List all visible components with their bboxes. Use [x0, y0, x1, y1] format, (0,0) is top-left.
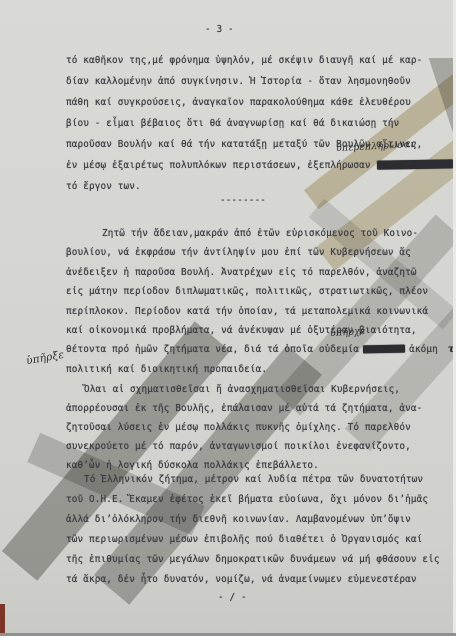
paragraph: Ὅλαι αἱ σχηματισθεῖσαι ἤ ἀνασχηματισθεῖσ…: [66, 380, 422, 475]
typed-line: Ζητῶ τήν ἄδειαν,μακράν ἀπό ἐτῶν εὑρισκόμ…: [66, 224, 456, 243]
typed-line: θέτοντα πρό ἡμῶν ζητήματα νέα, διά τά ὁπ…: [66, 340, 456, 359]
typed-line: ἀνέδειξεν ἡ παροῦσα Βουλή. Ἀνατρέχων εἰς…: [66, 263, 456, 282]
paragraph: Τό Ἑλληνικόν ζήτημα, μέτρον καί λυδία πέ…: [66, 470, 440, 590]
page-number: - 3 -: [205, 24, 234, 35]
page-continuation-mark: - / -: [218, 592, 247, 603]
scanned-page: - 3 - τό καθῆκον της,μέ φρόνημα ὑψηλόν, …: [0, 0, 456, 636]
typed-line: Ὅλαι αἱ σχηματισθεῖσαι ἤ ἀνασχηματισθεῖσ…: [66, 380, 422, 399]
typed-line-text: ἐν μέσῳ ἐξαιρέτως πολυπλόκων περιστάσεων…: [66, 160, 371, 171]
typed-line: Τό Ἑλληνικόν ζήτημα, μέτρον καί λυδία πέ…: [66, 470, 440, 490]
typed-line: τό καθῆκον της,μέ φρόνημα ὑψηλόν, μέ σκέ…: [66, 50, 453, 71]
typed-line: τοῦ Ο.Η.Ε. Ἔκαμεν ἐφέτος ἐκεῖ βήματα εὐο…: [66, 490, 440, 510]
typed-line-text: ἀκόμη: [409, 344, 438, 355]
typed-line: τῆς ἐπιθυμίας τῶν μεγάλων δημοκρατικῶν δ…: [66, 550, 440, 570]
paragraph: Ζητῶ τήν ἄδειαν,μακράν ἀπό ἐτῶν εὑρισκόμ…: [66, 224, 456, 379]
typed-line: τό ἔργον των.: [66, 176, 453, 197]
typed-line: καί οἰκονομικά προβλήματα, νά ἀνέκυψαν μ…: [66, 321, 456, 340]
typed-line: περίπλοκον. Περίοδον κατά τήν ὁποίαν, τά…: [66, 302, 456, 321]
typed-line: συνεκρούετο μέ τό παρόν, ἀνταγωνισμοί πο…: [66, 437, 422, 456]
handwritten-margin-note: ὑπῆρξε: [25, 349, 65, 367]
typed-line: δίαν καλλομένην ἀπό συγκίνησιν. Ἡ Ἱστορί…: [66, 71, 453, 92]
typed-line: βουλίου, νά ἐκφράσω τήν ἀντίληψίν μου ἐπ…: [66, 243, 456, 262]
struck-out-word: [363, 345, 405, 354]
typed-line: ἐν μέσῳ ἐξαιρέτως πολυπλόκων περιστάσεων…: [66, 155, 453, 176]
section-separator: --------: [220, 195, 266, 206]
typed-line: πολιτική καί διοικητική προπαιδεία.: [66, 360, 456, 379]
typed-line-text: θέτοντα πρό ἡμῶν ζητήματα νέα, διά τά ὁπ…: [66, 344, 359, 355]
typed-line: ἀλλά δι’ὁλόκληρον τήν διεθνῆ κοινωνίαν. …: [66, 510, 440, 530]
typed-line: τῶν περιωρισμένων μέσων ἐπιβολῆς πού δια…: [66, 530, 440, 550]
typed-line: πάθη καί συγκρούσεις, ἀναγκαῖον παρακολο…: [66, 92, 453, 113]
typed-line: ζητοῦσαι λύσεις ἐν μέσῳ πολλάκις πυκνῆς …: [66, 418, 422, 437]
struck-out-word: [377, 159, 453, 169]
corner-mark: [0, 604, 5, 633]
typed-line: βίου - εἶμαι βέβαιος ὅτι θά ἀναγνωρίσῃ κ…: [66, 113, 453, 134]
typed-line: εἰς μάτην περίοδον διπλωματικῶς, πολιτικ…: [66, 282, 456, 301]
typed-line: τά ἄκρα, δέν ἦτο δυνατόν, νομίζω, νά ἀνα…: [66, 570, 440, 590]
paragraph: τό καθῆκον της,μέ φρόνημα ὑψηλόν, μέ σκέ…: [66, 50, 453, 197]
typed-line: ἀπορρέουσαι ἐκ τῆς Βουλῆς, ἐπάλαισαν μέ …: [66, 399, 422, 418]
